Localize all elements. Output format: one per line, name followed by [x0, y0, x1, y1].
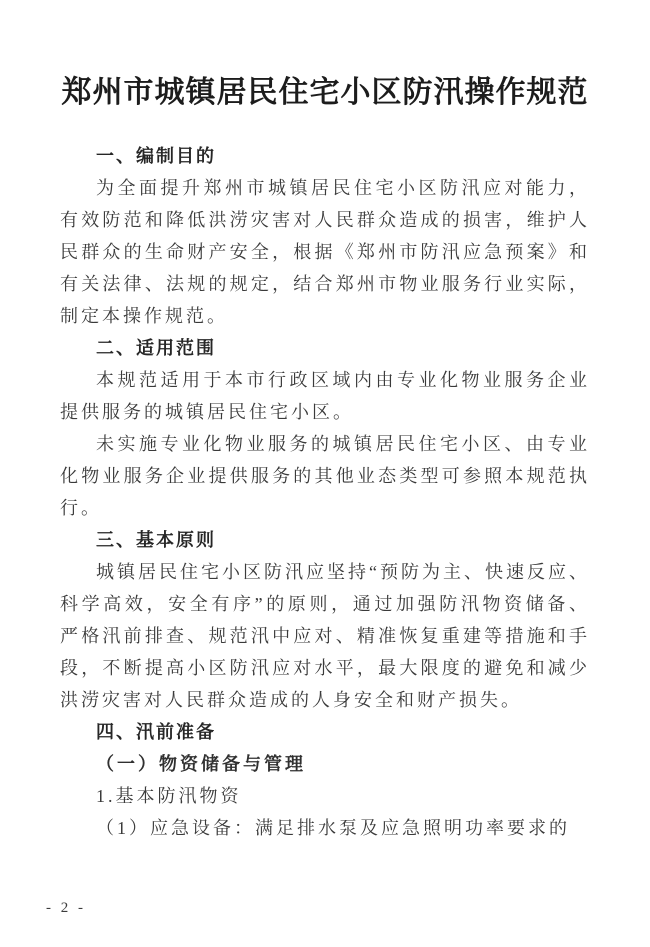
item-emergency-equipment-line: （1）应急设备：满足排水泵及应急照明功率要求的	[60, 812, 590, 844]
section-scope-paragraph-2: 未实施专业化物业服务的城镇居民住宅小区、由专业化物业服务企业提供服务的其他业态类…	[60, 428, 590, 524]
section-principles-heading: 三、基本原则	[60, 524, 590, 556]
section-purpose-paragraph: 为全面提升郑州市城镇居民住宅小区防汛应对能力，有效防范和降低洪涝灾害对人民群众造…	[60, 172, 590, 332]
document-page: 郑州市城镇居民住宅小区防汛操作规范 一、编制目的 为全面提升郑州市城镇居民住宅小…	[0, 0, 650, 947]
section-principles: 三、基本原则 城镇居民住宅小区防汛应坚持“预防为主、快速反应、科学高效，安全有序…	[60, 524, 590, 716]
subsection-supplies-heading: （一）物资储备与管理	[60, 748, 590, 780]
section-scope: 二、适用范围 本规范适用于本市行政区域内由专业化物业服务企业提供服务的城镇居民住…	[60, 332, 590, 524]
section-scope-paragraph-1: 本规范适用于本市行政区域内由专业化物业服务企业提供服务的城镇居民住宅小区。	[60, 364, 590, 428]
document-content: 郑州市城镇居民住宅小区防汛操作规范 一、编制目的 为全面提升郑州市城镇居民住宅小…	[60, 72, 590, 844]
section-principles-paragraph: 城镇居民住宅小区防汛应坚持“预防为主、快速反应、科学高效，安全有序”的原则，通过…	[60, 556, 590, 716]
document-title: 郑州市城镇居民住宅小区防汛操作规范	[60, 72, 590, 114]
page-number: - 2 -	[46, 900, 86, 917]
section-purpose-heading: 一、编制目的	[60, 140, 590, 172]
section-scope-heading: 二、适用范围	[60, 332, 590, 364]
item-basic-supplies-heading: 1.基本防汛物资	[60, 780, 590, 812]
section-preparation: 四、汛前准备 （一）物资储备与管理 1.基本防汛物资 （1）应急设备：满足排水泵…	[60, 716, 590, 844]
section-preparation-heading: 四、汛前准备	[60, 716, 590, 748]
section-purpose: 一、编制目的 为全面提升郑州市城镇居民住宅小区防汛应对能力，有效防范和降低洪涝灾…	[60, 140, 590, 332]
